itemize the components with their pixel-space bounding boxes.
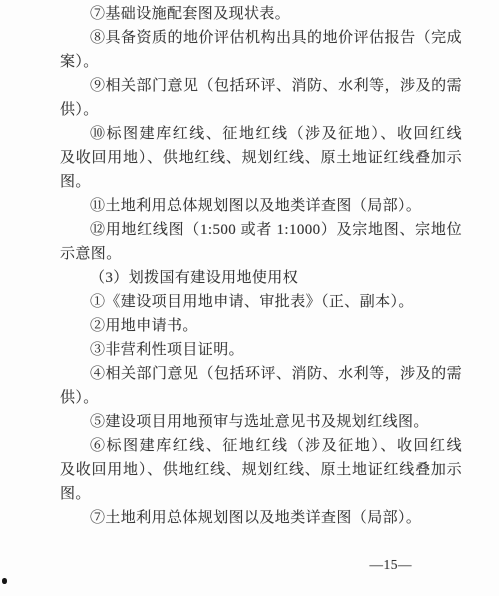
doc-line: ⑩标图建库红线、征地红线（涉及征地）、收回红线（涉 (60, 122, 462, 146)
doc-line: ⑨相关部门意见（包括环评、消防、水利等，涉及的需提 (60, 74, 462, 98)
doc-line: ⑥标图建库红线、征地红线（涉及征地）、收回红线（涉 (60, 434, 462, 458)
doc-line: ⑦土地利用总体规划图以及地类详查图（局部）。 (60, 506, 462, 530)
text-block: ⑦基础设施配套图及现状表。 ⑧具备资质的地价评估机构出具的地价评估报告（完成备 … (60, 2, 462, 530)
doc-line: 供）。 (60, 98, 462, 122)
doc-line: 案）。 (60, 50, 462, 74)
doc-line: 示意图。 (60, 242, 462, 266)
scan-artifact-dot (2, 578, 7, 584)
doc-line: ②用地申请书。 (60, 314, 462, 338)
doc-line: 及收回用地）、供地红线、规划红线、原土地证红线叠加示意 (60, 458, 462, 482)
doc-line: ①《建设项目用地申请、审批表》（正、副本）。 (60, 290, 462, 314)
doc-line: ③非营利性项目证明。 (60, 338, 462, 362)
doc-line: 供）。 (60, 386, 462, 410)
doc-line: 图。 (60, 170, 462, 194)
doc-line: ⑧具备资质的地价评估机构出具的地价评估报告（完成备 (60, 26, 462, 50)
document-page: ⑦基础设施配套图及现状表。 ⑧具备资质的地价评估机构出具的地价评估报告（完成备 … (0, 0, 499, 596)
page-number: —15— (370, 556, 413, 574)
doc-line: （3）划拨国有建设用地使用权 (60, 266, 462, 290)
doc-line: ⑫用地红线图（1:500 或者 1:1000）及宗地图、宗地位置 (60, 218, 462, 242)
doc-line: 及收回用地）、供地红线、规划红线、原土地证红线叠加示意 (60, 146, 462, 170)
doc-line: ④相关部门意见（包括环评、消防、水利等，涉及的需提 (60, 362, 462, 386)
doc-line: ⑦基础设施配套图及现状表。 (60, 2, 462, 26)
doc-line: ⑤建设项目用地预审与选址意见书及规划红线图。 (60, 410, 462, 434)
doc-line: ⑪土地利用总体规划图以及地类详查图（局部）。 (60, 194, 462, 218)
doc-line: 图。 (60, 482, 462, 506)
